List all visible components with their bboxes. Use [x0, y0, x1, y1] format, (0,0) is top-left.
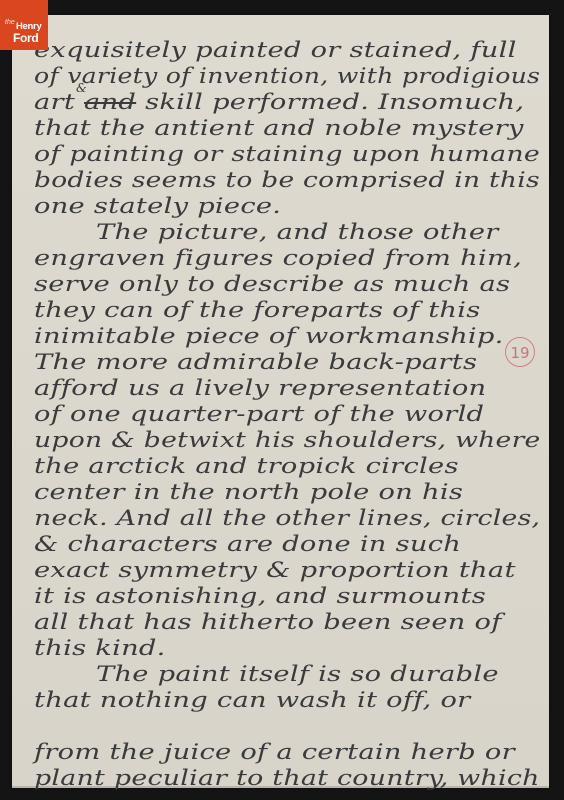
text-line: plant peculiar to that country, which	[34, 766, 540, 790]
text-line: bodies seems to be comprised in this	[34, 168, 540, 192]
text-line: inimitable piece of workmanship.	[34, 324, 504, 348]
insertion-mark: &	[76, 81, 87, 95]
text-line: engraven figures copied from him,	[34, 246, 522, 270]
text-line: neck. And all the other lines, circles,	[34, 506, 540, 530]
text-line: all that has hitherto been seen of	[34, 610, 502, 634]
text-fragment: skill performed. Insomuch,	[136, 90, 524, 114]
text-line: The picture, and those other	[96, 220, 499, 244]
text-line: The paint itself is so durable	[96, 662, 499, 686]
logo-ford: Ford	[13, 32, 38, 44]
text-line: it is astonishing, and surmounts	[34, 584, 486, 608]
page-number-stamp: 19	[505, 337, 535, 367]
text-line: from the juice of a certain herb or	[34, 740, 515, 764]
text-line: one stately piece.	[34, 194, 281, 218]
text-line: The more admirable back-parts	[34, 350, 477, 374]
text-line: exact symmetry & proportion that	[34, 558, 516, 582]
struck-word: and	[84, 90, 136, 114]
logo-the: the	[5, 19, 15, 26]
text-line: serve only to describe as much as	[34, 272, 510, 296]
text-line: this kind.	[34, 636, 166, 660]
text-line: center in the north pole on his	[34, 480, 463, 504]
text-line: & characters are done in such	[34, 532, 461, 556]
text-line: of variety of invention, with prodigious	[34, 64, 540, 88]
text-line: of one quarter-part of the world	[34, 402, 484, 426]
henry-ford-logo: the Henry Ford	[0, 0, 48, 50]
text-line: the arctick and tropick circles	[34, 454, 459, 478]
text-line: art and skill performed. Insomuch,	[34, 90, 524, 114]
text-line: of painting or staining upon humane	[34, 142, 540, 166]
handwritten-text: exquisitely painted or stained, full of …	[0, 0, 564, 800]
text-line: exquisitely painted or stained, full	[34, 38, 517, 62]
text-line: that the antient and noble mystery	[34, 116, 524, 140]
text-line: they can of the foreparts of this	[34, 298, 481, 322]
text-line: upon & betwixt his shoulders, where	[34, 428, 541, 452]
text-line: that nothing can wash it off, or	[34, 688, 470, 712]
text-line: afford us a lively representation	[34, 376, 486, 400]
